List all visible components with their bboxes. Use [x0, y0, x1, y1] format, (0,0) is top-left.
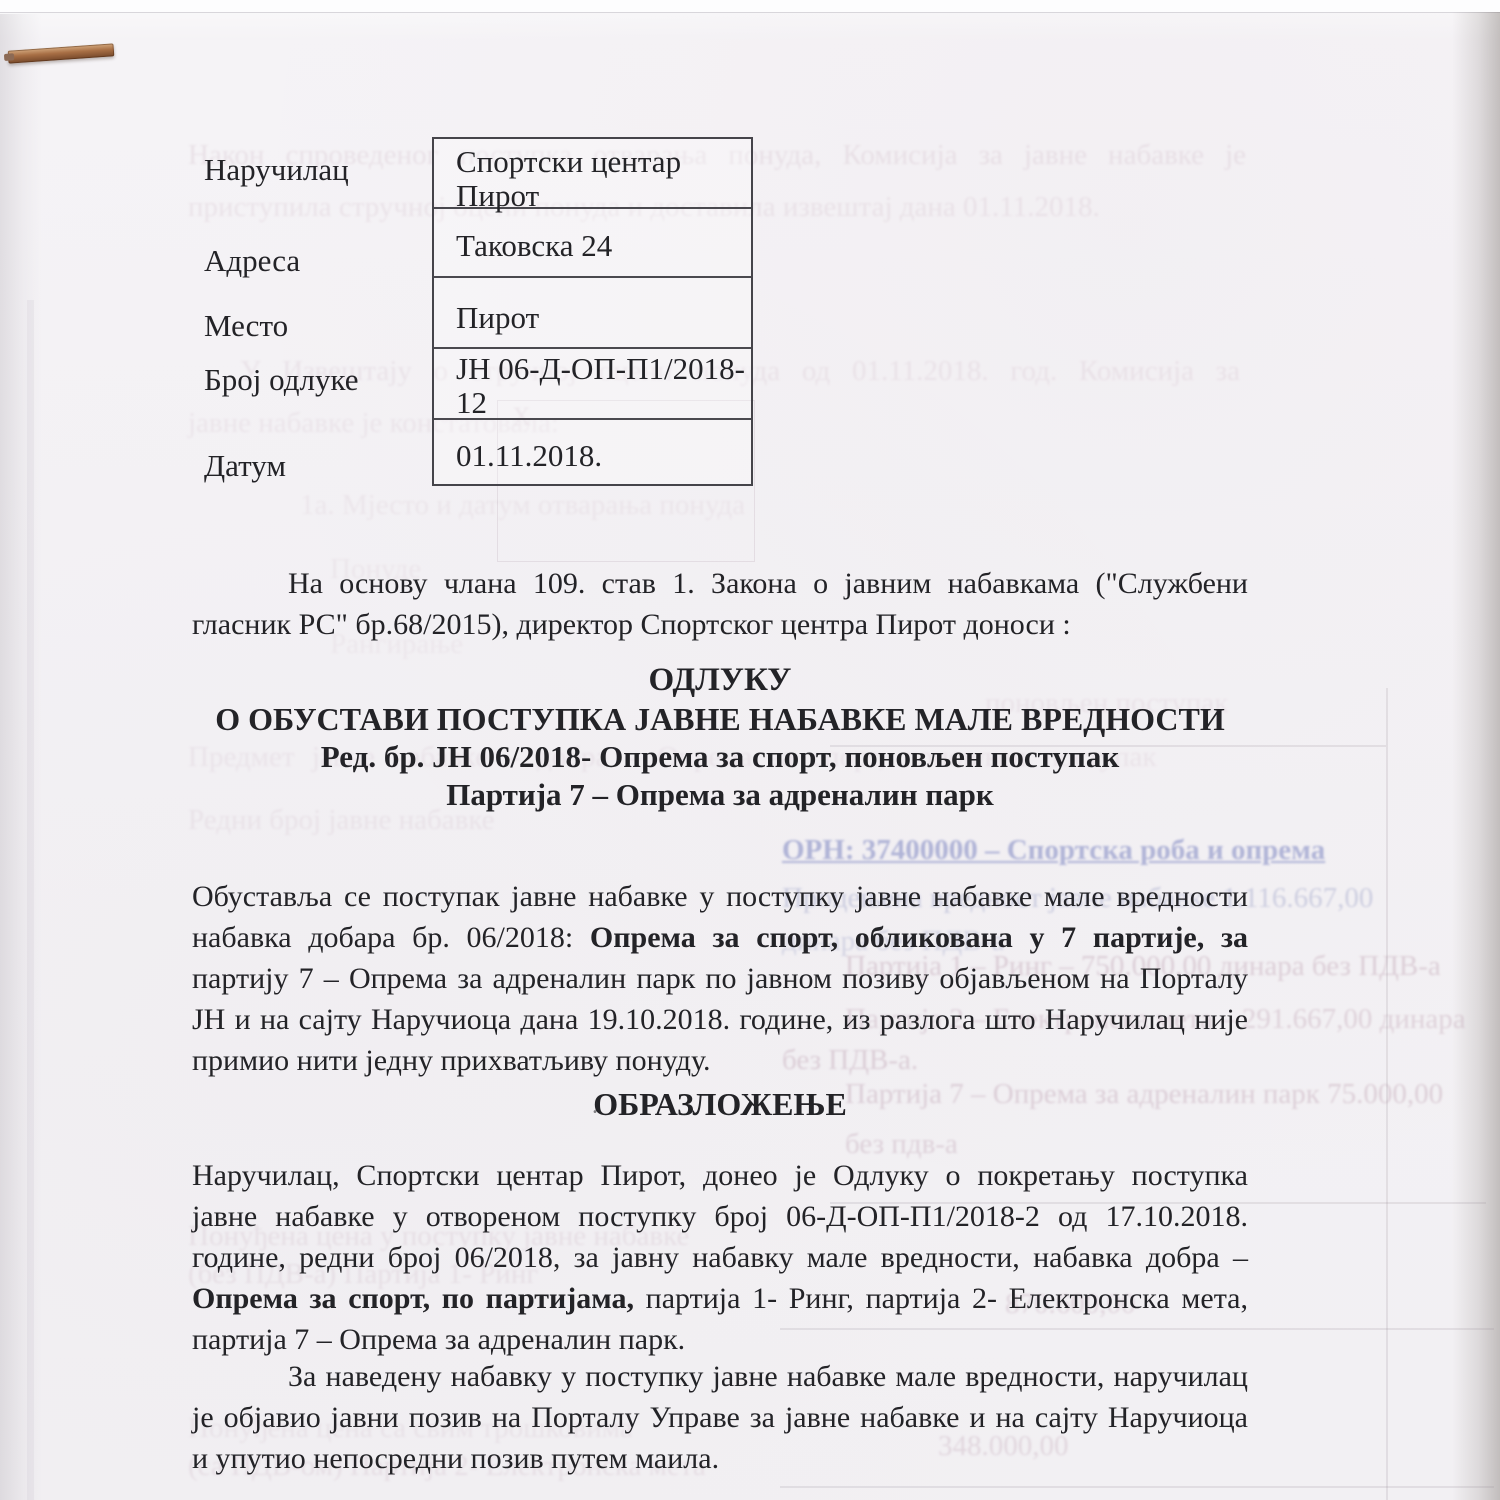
label-mesto: Место — [204, 308, 288, 343]
paragraph-line: јавне набавке у отвореном поступку број … — [192, 1196, 1248, 1237]
decision-paragraph: Обуставља се поступак јавне набавке у по… — [192, 876, 1248, 1081]
scanner-edge-top — [0, 0, 1500, 13]
paragraph-line: Опрема за спорт, по партијама, партија 1… — [192, 1278, 1248, 1319]
page-edge-shadow-left — [0, 14, 42, 1500]
paragraph-line: гласник РС" бр.68/2015), директор Спортс… — [192, 604, 1248, 645]
explanation-heading: ОБРАЗЛОЖЕЊЕ — [192, 1086, 1248, 1123]
cell-text: Таковска 24 — [456, 229, 751, 263]
cell-text: 01.11.2018. — [456, 439, 751, 473]
paragraph-line: Наручилац, Спортски центар Пирот, донео … — [192, 1155, 1248, 1196]
bleedthrough-table-line — [780, 1486, 1494, 1488]
table-cell-mesto: Пирот — [434, 276, 751, 347]
paragraph-line: ЈН и на сајту Наручиоца дана 19.10.2018.… — [192, 999, 1248, 1040]
label-broj-odluke: Број одлуке — [204, 362, 359, 397]
paragraph-line: На основу члана 109. став 1. Закона о ја… — [192, 563, 1248, 604]
label-datum: Датум — [204, 448, 286, 483]
paragraph-line: Обуставља се поступак јавне набавке у по… — [192, 876, 1248, 917]
table-cell-adresa: Таковска 24 — [434, 207, 751, 276]
bleedthrough-table-line — [1386, 688, 1388, 1500]
table-cell-broj-odluke: ЈН 06-Д-ОП-П1/2018- 12 — [434, 347, 751, 418]
explanation-paragraph-1: Наручилац, Спортски центар Пирот, донео … — [192, 1155, 1248, 1360]
page-edge-shadow-right — [1452, 12, 1500, 1500]
table-cell-narucilac: Спортски центар Пирот — [434, 139, 751, 207]
info-table: Спортски центар Пирот Таковска 24 Пирот … — [432, 137, 753, 486]
heading-obustava: О ОБУСТАВИ ПОСТУПКА ЈАВНЕ НАБАВКЕ МАЛЕ В… — [192, 700, 1248, 738]
paragraph-line: набавка добара бр. 06/2018: Опрема за сп… — [192, 917, 1248, 958]
explanation-paragraph-2: За наведену набавку у поступку јавне наб… — [192, 1356, 1248, 1479]
paragraph-line: партију 7 – Опрема за адреналин парк по … — [192, 958, 1248, 999]
paragraph-line: партија 7 – Опрема за адреналин парк. — [192, 1319, 1248, 1360]
label-narucilac: Наручилац — [204, 152, 349, 187]
paragraph-line: године, редни број 06/2018, за јавну наб… — [192, 1237, 1248, 1278]
scanned-document-page: Након спроведеног поступка отварања пону… — [0, 0, 1500, 1500]
heading-partija7: Партија 7 – Опрема за адреналин парк — [192, 776, 1248, 813]
page-fold-streak — [27, 300, 34, 1500]
heading-odluku: ОДЛУКУ — [192, 661, 1248, 700]
paragraph-line: примио нити једну прихватљиву понуду. — [192, 1040, 1248, 1081]
cell-text: Спортски центар — [456, 145, 751, 179]
paragraph-line: је објавио јавни позив на Порталу Управе… — [192, 1397, 1248, 1438]
paragraph-line: и упутио непосредни позив путем маила. — [192, 1438, 1248, 1479]
bleedthrough-text-blue: ОРН: 37400000 – Спортска роба и опрема — [782, 834, 1325, 867]
intro-paragraph: На основу члана 109. став 1. Закона о ја… — [192, 563, 1248, 645]
table-cell-datum: 01.11.2018. — [434, 418, 751, 484]
cell-text: ЈН 06-Д-ОП-П1/2018- — [456, 352, 751, 386]
cell-text: 12 — [456, 386, 751, 420]
heading-red-br: Ред. бр. ЈН 06/2018- Опрема за спорт, по… — [192, 738, 1248, 776]
cell-text: Пирот — [456, 301, 751, 335]
label-adresa: Адреса — [204, 243, 300, 278]
decision-heading: ОДЛУКУ О ОБУСТАВИ ПОСТУПКА ЈАВНЕ НАБАВКЕ… — [192, 661, 1248, 813]
paragraph-line: За наведену набавку у поступку јавне наб… — [192, 1356, 1248, 1397]
